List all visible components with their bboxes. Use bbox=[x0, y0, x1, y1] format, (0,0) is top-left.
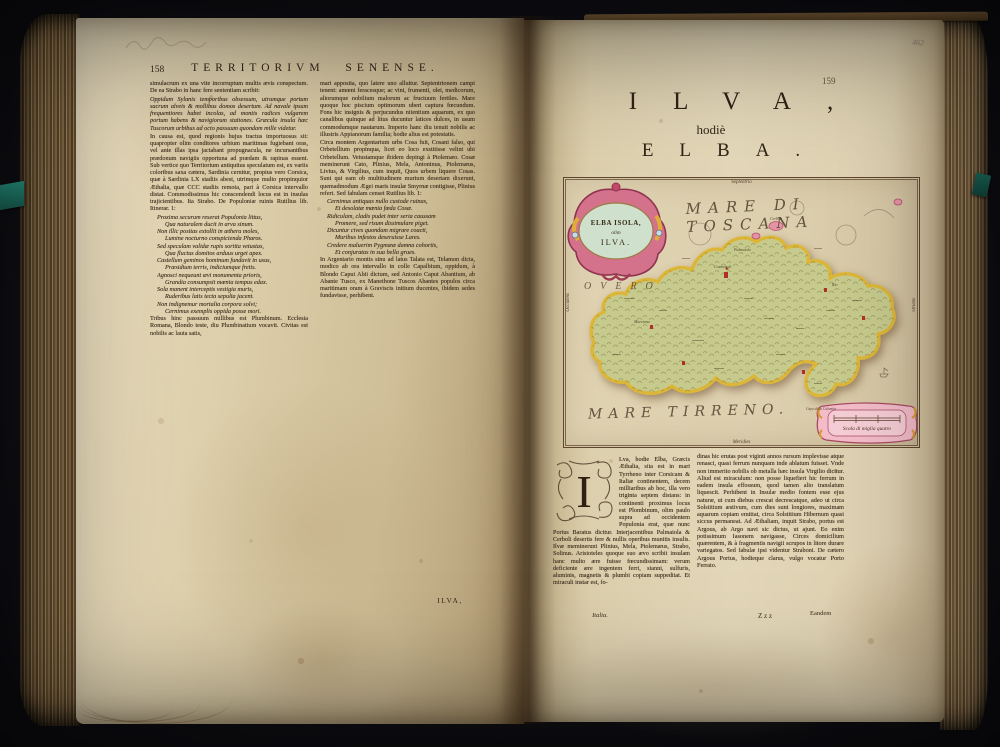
right-fore-edge bbox=[940, 18, 988, 730]
poem-line: Dicuntur cives quondam migrare coacti, bbox=[327, 227, 475, 234]
article-column-1: I Lva, hodie Elba, Græcis Æthalia, sita … bbox=[553, 456, 690, 610]
place-label-rio: Rio bbox=[831, 282, 838, 287]
rutilius-poem: Proxima securum reserat Populonia littus… bbox=[150, 214, 308, 316]
paragraph: simulacrum ex una vite incorruptum multi… bbox=[150, 80, 308, 95]
poem-line: Cernimus antiquas nullo custode ruinas, bbox=[327, 198, 475, 205]
poem-line: Sola manent interceptis vestigia muris, bbox=[157, 286, 308, 293]
page-title-elba: ELBA. bbox=[566, 140, 876, 162]
poem-line: Et conjuratas in sua bella grues. bbox=[335, 249, 475, 256]
right-page-number: 159 bbox=[822, 76, 836, 86]
signature-italia: Italia. bbox=[570, 612, 630, 619]
paragraph-italic: Oppidum Sylanis temporibus obsessum, utr… bbox=[150, 96, 308, 132]
left-fore-edge bbox=[20, 14, 80, 726]
poem-line: Sed speculam validæ rupis sortita vetust… bbox=[157, 243, 308, 250]
signature-zzz: Z z z bbox=[758, 612, 772, 620]
left-catchword: ILVA, bbox=[410, 596, 490, 605]
poem-line: Lumine nocturno conspicienda Pharos. bbox=[165, 235, 308, 242]
poem-line: Agnosci nequeunt ævi monumenta prioris, bbox=[157, 272, 308, 279]
poem-line: Proxima securum reserat Populonia littus… bbox=[157, 214, 308, 221]
poem-line: Grandia consumpsit mœnia tempus edax. bbox=[165, 279, 308, 286]
poem-line: Muribus infestos deseruisse Lares. bbox=[335, 234, 475, 241]
right-catchword: Eandem bbox=[810, 610, 831, 617]
cartouche-olim: olim bbox=[611, 230, 620, 236]
article-text-2: dinas hic erutas post viginti annos rurs… bbox=[697, 453, 844, 569]
poem-line: Non illic positas extollit in æthera mol… bbox=[157, 228, 308, 235]
poem-line: Præsidium terris, indiciumque fretis. bbox=[165, 264, 308, 271]
place-label-marciana: Marciana bbox=[633, 319, 650, 324]
left-page-column-1: simulacrum ex una vite incorruptum multi… bbox=[150, 80, 308, 365]
drop-cap-flourishes: I bbox=[553, 457, 615, 523]
poem-line: Et desolatæ mœnia fœda Cosæ. bbox=[335, 205, 475, 212]
paragraph: Circa montem Argentarium urbs Cosa fuit,… bbox=[320, 139, 475, 197]
paragraph: In Argentario montis sinu ad latus Talat… bbox=[320, 256, 475, 300]
place-label-capo-calamita: Capo della Calamita bbox=[806, 407, 836, 411]
foxing-spots bbox=[0, 0, 2, 2]
scale-label: Scala di miglia quatro bbox=[843, 426, 891, 432]
poem-line: Castellum geminos hominum fundavit in us… bbox=[157, 257, 308, 264]
teal-ribbon-right bbox=[972, 173, 991, 198]
islet-label-palmaiola: Palmaiola bbox=[733, 247, 751, 252]
poem-line: Ruderibus latis tecta sepulta jacent. bbox=[165, 293, 308, 300]
poem-line: Qua naturalem ducit in arva sinum. bbox=[165, 221, 308, 228]
teal-ribbon-left bbox=[0, 181, 24, 210]
poem-line: Qua fluctus domitos arduus urget apex. bbox=[165, 250, 308, 257]
atlas-photo: 158 TERRITORIVM SENENSE. simulacrum ex u… bbox=[0, 0, 1000, 747]
poem-line: Non indignemur mortalia corpora solvi; bbox=[157, 301, 308, 308]
page-title-hodie: hodiè bbox=[566, 122, 856, 138]
handwriting-mark bbox=[120, 26, 240, 60]
cartouche-ilva: ILVA. bbox=[601, 238, 631, 247]
poem-line: Ridiculam, cladis pudet inter seria caus… bbox=[327, 213, 475, 220]
left-page-column-2: mari apposita, quo latere uno alluitur. … bbox=[320, 80, 475, 376]
poem-line: Credere maluerim Pygmææ damna cohortis, bbox=[327, 242, 475, 249]
article-column-2: dinas hic erutas post viginti annos rurs… bbox=[697, 453, 844, 609]
paragraph: In causa est, quod regionis hujus tractu… bbox=[150, 133, 308, 213]
islet-label-cerboli: Cerboli bbox=[770, 216, 782, 221]
paragraph: Tribus hinc passuum millibus est Plumbin… bbox=[150, 315, 308, 337]
running-title: TERRITORIVM SENENSE. bbox=[150, 62, 480, 74]
drop-cap-letter: I bbox=[576, 466, 591, 517]
title-cartouche: ELBA ISOLA, olim ILVA. bbox=[568, 183, 666, 280]
rutilius-poem-2: Cernimus antiquas nullo custode ruinas,E… bbox=[320, 198, 475, 256]
pencil-annotation: 462 bbox=[912, 38, 925, 48]
cartouche-title: ELBA ISOLA, bbox=[591, 219, 642, 227]
paragraph: mari apposita, quo latere uno alluitur. … bbox=[320, 80, 475, 138]
poem-line: Promere, sed risum dissimulare piget. bbox=[335, 220, 475, 227]
page-title-ilva: ILVA, bbox=[566, 88, 896, 116]
map-of-elba: ELBA ISOLA, olim ILVA. Scala di miglia q… bbox=[563, 177, 920, 448]
map-artwork: ELBA ISOLA, olim ILVA. Scala di miglia q… bbox=[564, 178, 918, 446]
woodcut-drop-cap: I bbox=[553, 457, 615, 523]
place-label-cosmopoli: Cosmopoli bbox=[714, 264, 731, 269]
poem-line: Cernimus exemplis oppida posse mori. bbox=[165, 308, 308, 315]
